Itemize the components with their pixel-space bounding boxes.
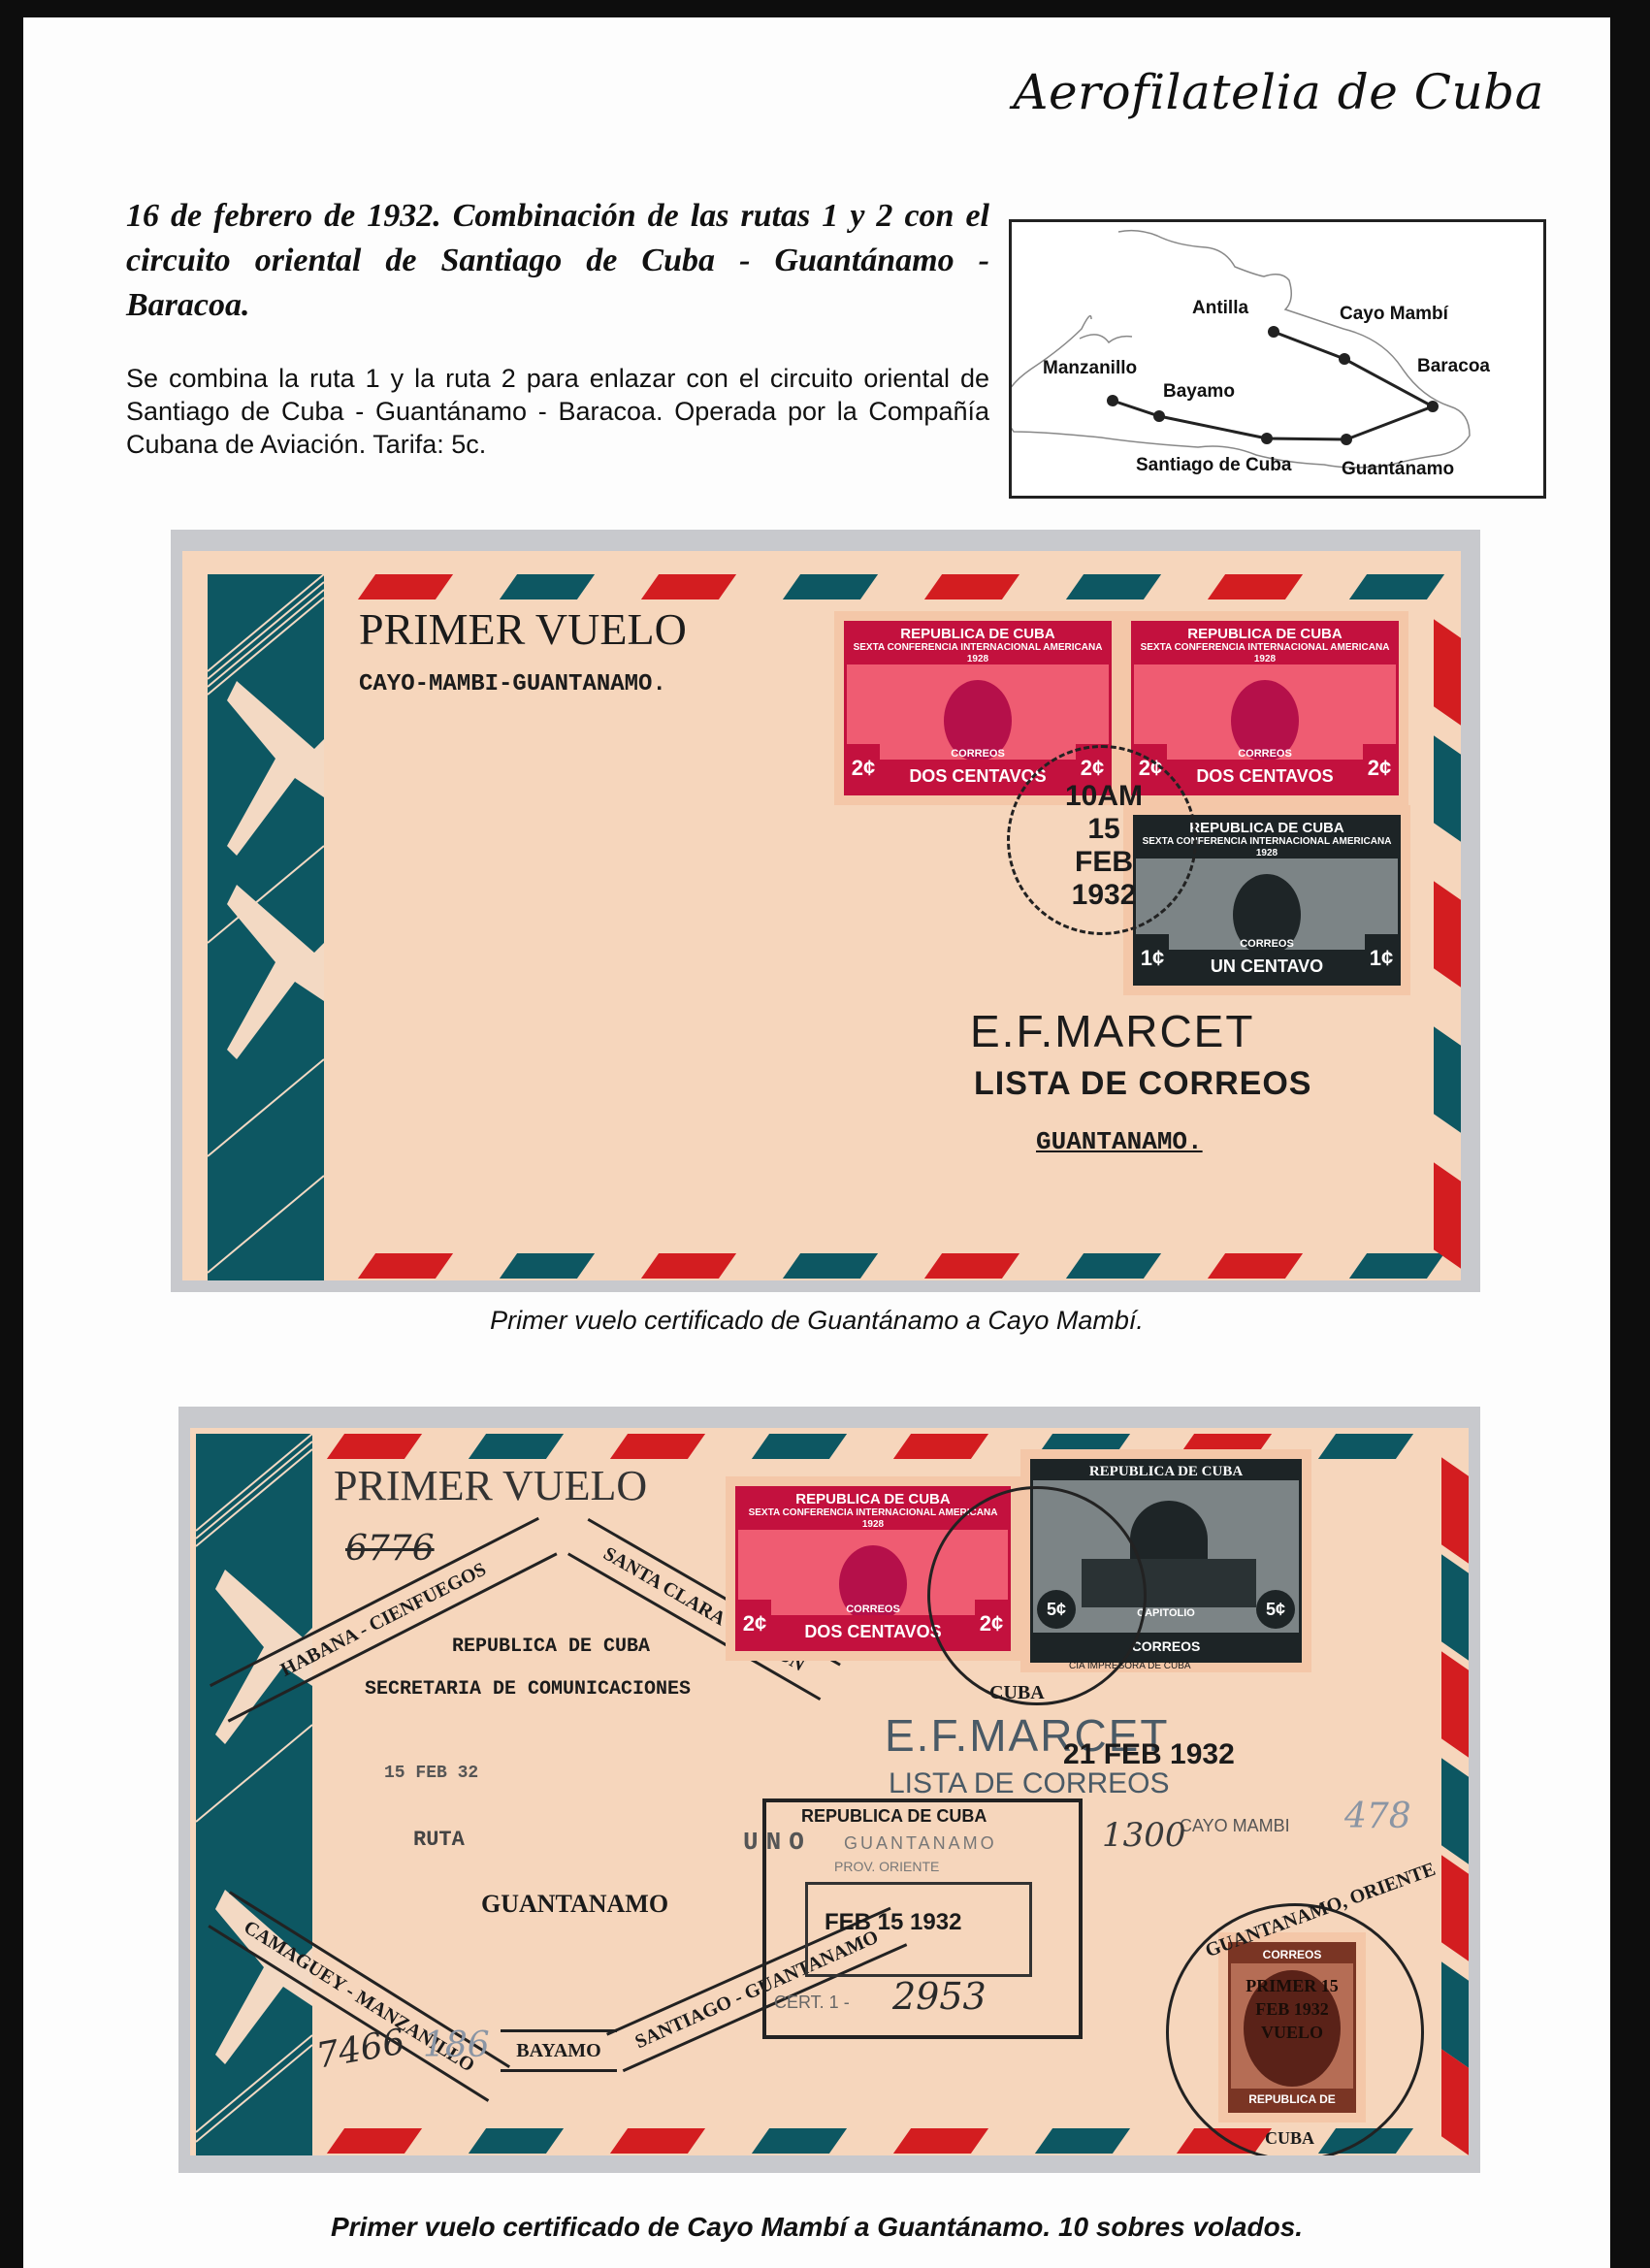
cover2-envelope: PRIMER VUELO 6776 HABANA - CIENFUEGOS SA…	[190, 1428, 1469, 2155]
handwritten-478: 478	[1344, 1797, 1411, 1836]
map-label-bayamo: Bayamo	[1163, 381, 1235, 403]
cover1-address-name: E.F.MARCET	[970, 1005, 1254, 1057]
handwritten-186: 186	[423, 2025, 490, 2065]
registry-line3: PROV. ORIENTE	[834, 1859, 939, 1874]
handwritten-7466: 7466	[313, 2022, 407, 2076]
cover1-envelope: PRIMER VUELO CAYO-MAMBI-GUANTANAMO. REPU…	[182, 551, 1461, 1280]
registry-cert-number: 2953	[892, 1975, 987, 2018]
map-label-baracoa: Baracoa	[1417, 356, 1490, 377]
route-cachet-ruta: RUTA	[413, 1828, 465, 1852]
cover1-postmark-date: 10AM 15 FEB 1932	[1065, 780, 1143, 912]
album-page: Aerofilatelia de Cuba 16 de febrero de 1…	[23, 17, 1610, 2268]
cover2-crossed-number: 6776	[345, 1529, 435, 1569]
route-band-bottom-mid: BAYAMO	[501, 2029, 617, 2072]
airplane-icon	[208, 574, 324, 1280]
map-label-guantanamo: Guantánamo	[1342, 459, 1454, 480]
registry-line2: GUANTANAMO	[844, 1833, 997, 1854]
route-cachet-line2: SECRETARIA DE COMUNICACIONES	[365, 1678, 691, 1701]
map-label-manzanillo: Manzanillo	[1043, 358, 1137, 379]
cover2-arrival-date: 21 FEB 1932	[1063, 1738, 1235, 1771]
cover1-address-line2: LISTA DE CORREOS	[974, 1065, 1311, 1103]
cover1-cachet-title: PRIMER VUELO	[359, 603, 687, 655]
cover2-received-place: CAYO MAMBI	[1180, 1816, 1290, 1836]
map-label-cayo-mambi: Cayo Mambí	[1340, 304, 1448, 325]
cover2-postmark-left	[927, 1486, 1147, 1705]
map-label-santiago: Santiago de Cuba	[1136, 455, 1291, 476]
handwritten-1300: 1300	[1102, 1816, 1186, 1855]
cover2-cachet-title: PRIMER VUELO	[334, 1461, 647, 1510]
cover1-caption: Primer vuelo certificado de Guantánamo a…	[23, 1306, 1610, 1336]
airplane-icon	[196, 1434, 312, 2152]
cover1-address-city: GUANTANAMO.	[1036, 1127, 1203, 1156]
cover2-registry-box: REPUBLICA DE CUBA GUANTANAMO PROV. ORIEN…	[762, 1798, 1083, 2039]
headline: 16 de febrero de 1932. Combinación de la…	[126, 194, 989, 328]
registry-cert-label: CERT. 1 -	[774, 1993, 850, 2013]
cover1-cachet-route: CAYO-MAMBI-GUANTANAMO.	[359, 671, 666, 697]
cover1-sleeve: PRIMER VUELO CAYO-MAMBI-GUANTANAMO. REPU…	[171, 530, 1480, 1292]
route-map: Antilla Cayo Mambí Manzanillo Baracoa Ba…	[1009, 219, 1546, 499]
cover2-sleeve: PRIMER VUELO 6776 HABANA - CIENFUEGOS SA…	[178, 1407, 1480, 2173]
route-cachet-line1: REPUBLICA DE CUBA	[452, 1636, 650, 1658]
description: Se combina la ruta 1 y la ruta 2 para en…	[126, 362, 989, 461]
registry-date: FEB 15 1932	[825, 1909, 961, 1936]
cover2-address-line2: LISTA DE CORREOS	[889, 1767, 1170, 1800]
route-cachet-date: 15 FEB 32	[384, 1764, 478, 1783]
cover1-airmail-strip	[208, 574, 324, 1280]
cover1-bottom-stripes	[367, 1253, 1461, 1279]
registry-line1: REPUBLICA DE CUBA	[801, 1806, 987, 1827]
cover2-airmail-strip	[196, 1434, 312, 2155]
route-cachet-city: GUANTANAMO	[481, 1890, 668, 1919]
map-label-antilla: Antilla	[1192, 298, 1248, 319]
cover2-caption: Primer vuelo certificado de Cayo Mambí a…	[23, 2212, 1610, 2243]
cover2-postmark-left-bottom: CUBA	[989, 1682, 1045, 1704]
cover1-top-stripes	[367, 574, 1461, 599]
page-title: Aerofilatelia de Cuba	[1013, 64, 1544, 120]
cover2-postmark-right-bottom: CUBA	[1265, 2128, 1314, 2149]
